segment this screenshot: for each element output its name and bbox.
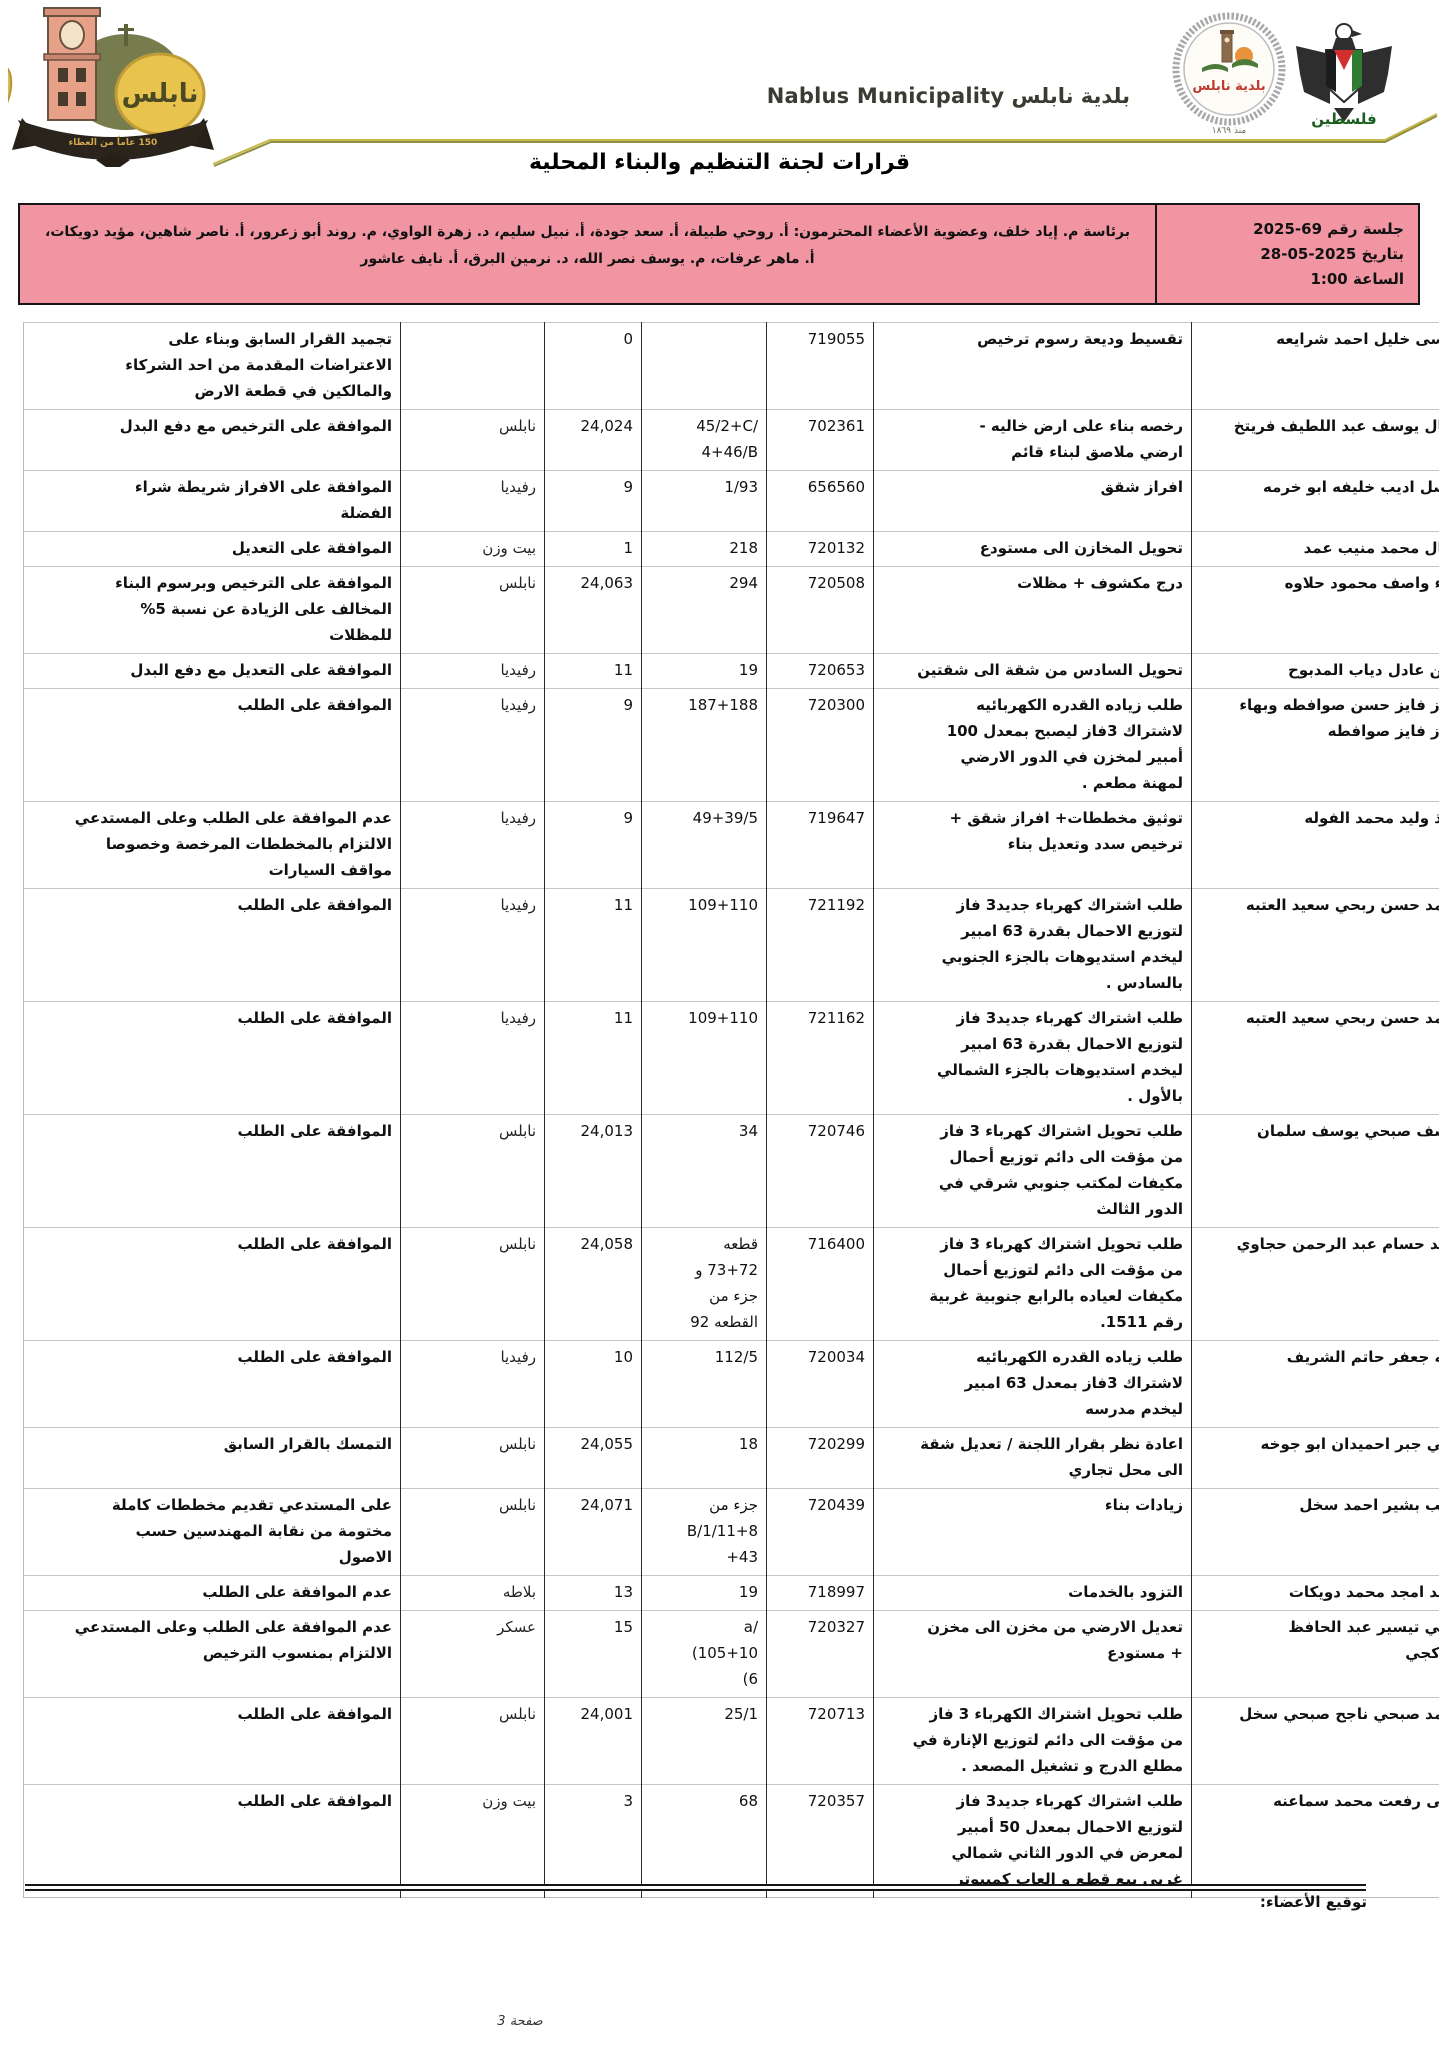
- decision-cell: الموافقة على الطلب: [24, 1341, 401, 1428]
- page-title: قرارات لجنة التنظيم والبناء المحلية: [0, 150, 1439, 175]
- session-number: جلسة رقم 69-2025: [1163, 217, 1404, 242]
- table-row: 43 فيصل اديب خليفه ابو خرمه افراز شقق 65…: [24, 471, 1439, 532]
- nablus-150-anniversary-logo: 150 نابلس 150 عاماً من العطاء: [8, 2, 218, 167]
- parcel-number-cell: 187+188: [642, 689, 767, 802]
- request-description-cell: تحويل المخازن الى مستودع: [874, 532, 1192, 567]
- file-number-cell: 720034: [767, 1341, 874, 1428]
- applicant-name-cell: جمال محمد منيب عمد: [1192, 532, 1439, 567]
- location-cell: رفيديا: [401, 654, 545, 689]
- seal-name-text: بلدية نابلس: [1192, 79, 1265, 94]
- table-row: 50 محمد حسن ربحي سعيد العتبه طلب اشتراك …: [24, 1002, 1439, 1115]
- municipality-brand-text: بلدية نابلس Nablus Municipality: [767, 84, 1130, 108]
- block-number-cell: 11: [545, 1002, 642, 1115]
- location-cell: نابلس: [401, 1228, 545, 1341]
- location-cell: رفيديا: [401, 471, 545, 532]
- location-cell: نابلس: [401, 410, 545, 471]
- file-number-cell: 719055: [767, 323, 874, 410]
- decision-cell: التمسك بالقرار السابق: [24, 1428, 401, 1489]
- applicant-name-cell: موسى خليل احمد شرايعه: [1192, 323, 1439, 410]
- parcel-number-cell: 294: [642, 567, 767, 654]
- location-cell: رفيديا: [401, 689, 545, 802]
- request-description-cell: طلب تحويل اشتراك كهرباء 3 فاز من مؤقت ال…: [874, 1228, 1192, 1341]
- session-info-cell: جلسة رقم 69-2025 بتاريخ 2025-05-28 الساع…: [1155, 205, 1418, 303]
- document-page: 150 نابلس 150 عاماً من العطاء بلدية نابل…: [0, 0, 1439, 2048]
- decision-cell: الموافقة على الترخيص مع دفع البدل: [24, 410, 401, 471]
- request-description-cell: درج مكشوف + مظلات: [874, 567, 1192, 654]
- file-number-cell: 716400: [767, 1228, 874, 1341]
- request-description-cell: طلب زياده القدره الكهربائيه لاشتراك 3فاز…: [874, 1341, 1192, 1428]
- file-number-cell: 720713: [767, 1698, 874, 1785]
- table-row: 42 جمال يوسف عبد اللطيف فريتخ رخصه بناء …: [24, 410, 1439, 471]
- block-number-cell: 9: [545, 802, 642, 889]
- block-number-cell: 24,013: [545, 1115, 642, 1228]
- block-number-cell: 24,001: [545, 1698, 642, 1785]
- decisions-table: 41 موسى خليل احمد شرايعه تقسيط وديعة رسو…: [23, 322, 1439, 1898]
- location-cell: [401, 323, 545, 410]
- request-description-cell: طلب تحويل اشتراك كهرباء 3 فاز من مؤقت ال…: [874, 1115, 1192, 1228]
- block-number-cell: 24,055: [545, 1428, 642, 1489]
- flag-shield-shape: [1326, 50, 1362, 102]
- file-number-cell: 721162: [767, 1002, 874, 1115]
- applicant-name-cell: فيصل اديب خليفه ابو خرمه: [1192, 471, 1439, 532]
- block-number-cell: 9: [545, 471, 642, 532]
- file-number-cell: 721192: [767, 889, 874, 1002]
- parcel-number-cell: 109+110: [642, 1002, 767, 1115]
- location-cell: بيت وزن: [401, 1785, 545, 1898]
- location-cell: رفيديا: [401, 889, 545, 1002]
- table-row: 54 جاني جبر احميدان ابو جوخه اعادة نظر ب…: [24, 1428, 1439, 1489]
- members-signature-label: توقيع الأعضاء:: [1260, 1893, 1367, 1911]
- block-number-cell: 11: [545, 889, 642, 1002]
- parcel-number-cell: 109+110: [642, 889, 767, 1002]
- file-number-cell: 720746: [767, 1115, 874, 1228]
- parcel-number-cell: a/ (105+10 (6: [642, 1611, 767, 1698]
- block-number-cell: 11: [545, 654, 642, 689]
- decision-cell: عدم الموافقة على الطلب وعلى المستدعي الا…: [24, 1611, 401, 1698]
- parcel-number-cell: 19: [642, 1576, 767, 1611]
- applicant-name-cell: حبيب بشير احمد سخل: [1192, 1489, 1439, 1576]
- parcel-number-cell: 18: [642, 1428, 767, 1489]
- applicant-name-cell: ايمن عادل دياب المدبوح: [1192, 654, 1439, 689]
- block-number-cell: 3: [545, 1785, 642, 1898]
- applicant-name-cell: محمد حسن ربحي سعيد العتبه: [1192, 889, 1439, 1002]
- block-number-cell: 24,071: [545, 1489, 642, 1576]
- parcel-number-cell: 218: [642, 532, 767, 567]
- file-number-cell: 720439: [767, 1489, 874, 1576]
- request-description-cell: طلب اشتراك كهرباء جديد3 فاز لتوزيع الاحم…: [874, 1002, 1192, 1115]
- block-number-cell: 0: [545, 323, 642, 410]
- applicant-name-cell: محمد حسن ربحي سعيد العتبه: [1192, 1002, 1439, 1115]
- attendees-cell: برئاسة م. إياد خلف، وعضوية الأعضاء المحت…: [20, 205, 1155, 303]
- location-cell: نابلس: [401, 1489, 545, 1576]
- decision-cell: الموافقة على الطلب: [24, 1785, 401, 1898]
- table-row: 51 يوسف صبحي يوسف سلمان طلب تحويل اشتراك…: [24, 1115, 1439, 1228]
- session-date: بتاريخ 2025-05-28: [1163, 242, 1404, 267]
- file-number-cell: 720508: [767, 567, 874, 654]
- nablus-municipality-seal-icon: بلدية نابلس منذ ١٨٦٩: [1172, 12, 1286, 136]
- decision-cell: تجميد القرار السابق وبناء على الاعتراضات…: [24, 323, 401, 410]
- decision-cell: الموافقة على التعديل: [24, 532, 401, 567]
- file-number-cell: 720299: [767, 1428, 874, 1489]
- request-description-cell: افراز شقق: [874, 471, 1192, 532]
- parcel-number-cell: قطعه 73+72 و جزء من القطعه 92: [642, 1228, 767, 1341]
- decision-cell: الموافقة على الطلب: [24, 689, 401, 802]
- block-number-cell: 15: [545, 1611, 642, 1698]
- table-row: 44 جمال محمد منيب عمد تحويل المخازن الى …: [24, 532, 1439, 567]
- applicant-name-cell: جمال يوسف عبد اللطيف فريتخ: [1192, 410, 1439, 471]
- table-row: 48 نافذ وليد محمد الفوله توثيق مخططات+ ا…: [24, 802, 1439, 889]
- applicant-name-cell: مهند حسام عبد الرحمن حجاوي: [1192, 1228, 1439, 1341]
- file-number-cell: 720132: [767, 532, 874, 567]
- file-number-cell: 720357: [767, 1785, 874, 1898]
- parcel-number-cell: [642, 323, 767, 410]
- request-description-cell: تعديل الارضي من مخزن الى مخزن + مستودع: [874, 1611, 1192, 1698]
- applicant-name-cell: علاء واصف محمود حلاوه: [1192, 567, 1439, 654]
- parcel-number-cell: 1/93: [642, 471, 767, 532]
- parcel-number-cell: 112/5: [642, 1341, 767, 1428]
- block-number-cell: 24,058: [545, 1228, 642, 1341]
- request-description-cell: طلب تحويل اشتراك الكهرباء 3 فاز من مؤقت …: [874, 1698, 1192, 1785]
- decision-cell: الموافقة على الطلب: [24, 1115, 401, 1228]
- decision-cell: الموافقة على الطلب: [24, 889, 401, 1002]
- table-row: 46 ايمن عادل دياب المدبوح تحويل السادس م…: [24, 654, 1439, 689]
- location-cell: رفيديا: [401, 1002, 545, 1115]
- block-number-cell: 13: [545, 1576, 642, 1611]
- request-description-cell: توثيق مخططات+ افراز شقق + ترخيص سدد وتعد…: [874, 802, 1192, 889]
- decision-cell: الموافقة على التعديل مع دفع البدل: [24, 654, 401, 689]
- table-row: 56 احمد امجد محمد دويكات التزود بالخدمات…: [24, 1576, 1439, 1611]
- request-description-cell: التزود بالخدمات: [874, 1576, 1192, 1611]
- parcel-number-cell: جزء من B/1/11+8 +43: [642, 1489, 767, 1576]
- applicant-name-cell: نافذ وليد محمد الفوله: [1192, 802, 1439, 889]
- table-row: 41 موسى خليل احمد شرايعه تقسيط وديعة رسو…: [24, 323, 1439, 410]
- palestine-eagle-emblem-icon: فلسطين: [1290, 18, 1398, 130]
- decision-cell: عدم الموافقة على الطلب: [24, 1576, 401, 1611]
- page-number: صفحة 3: [430, 2014, 610, 2029]
- session-time: الساعة 1:00: [1163, 267, 1404, 292]
- location-cell: نابلس: [401, 1698, 545, 1785]
- location-cell: بلاطه: [401, 1576, 545, 1611]
- logo-medallion-calligraphy: نابلس: [122, 79, 199, 109]
- location-cell: رفيديا: [401, 1341, 545, 1428]
- decision-cell: الموافقة على الطلب: [24, 1002, 401, 1115]
- location-cell: نابلس: [401, 1115, 545, 1228]
- request-description-cell: تحويل السادس من شقة الى شقتين: [874, 654, 1192, 689]
- request-description-cell: طلب اشتراك كهرباء جديد3 فاز لتوزيع الاحم…: [874, 1785, 1192, 1898]
- parcel-number-cell: 49+39/5: [642, 802, 767, 889]
- location-cell: بيت وزن: [401, 532, 545, 567]
- logo-150-number: 150: [8, 49, 14, 139]
- seal-since-text: منذ ١٨٦٩: [1212, 126, 1247, 136]
- parcel-number-cell: 68: [642, 1785, 767, 1898]
- request-description-cell: تقسيط وديعة رسوم ترخيص: [874, 323, 1192, 410]
- file-number-cell: 656560: [767, 471, 874, 532]
- request-description-cell: طلب اشتراك كهرباء جديد3 فاز لتوزيع الاحم…: [874, 889, 1192, 1002]
- table-row: 47 فواز فايز حسن صوافطه وبهاء فواز فايز …: [24, 689, 1439, 802]
- clock-tower-shape: [44, 8, 100, 120]
- block-number-cell: 24,063: [545, 567, 642, 654]
- location-cell: عسكر: [401, 1611, 545, 1698]
- decision-cell: الموافقة على الطلب: [24, 1698, 401, 1785]
- location-cell: نابلس: [401, 567, 545, 654]
- table-row: 59 يحيى رفعت محمد سماعنه طلب اشتراك كهرب…: [24, 1785, 1439, 1898]
- request-description-cell: اعادة نظر بقرار اللجنة / تعديل شقة الى م…: [874, 1428, 1192, 1489]
- applicant-name-cell: فواز فايز حسن صوافطه وبهاء فواز فايز صوا…: [1192, 689, 1439, 802]
- parcel-number-cell: 45/2+C/ 4+46/B: [642, 410, 767, 471]
- file-number-cell: 720653: [767, 654, 874, 689]
- parcel-number-cell: 19: [642, 654, 767, 689]
- table-row: 49 محمد حسن ربحي سعيد العتبه طلب اشتراك …: [24, 889, 1439, 1002]
- applicant-name-cell: زينه جعفر حاتم الشريف: [1192, 1341, 1439, 1428]
- signature-divider-rule: [25, 1884, 1366, 1891]
- decision-cell: الموافقة على الافراز شريطة شراء الفضلة: [24, 471, 401, 532]
- file-number-cell: 718997: [767, 1576, 874, 1611]
- block-number-cell: 10: [545, 1341, 642, 1428]
- applicant-name-cell: محمد صبحي ناجح صبحي سخل: [1192, 1698, 1439, 1785]
- parcel-number-cell: 25/1: [642, 1698, 767, 1785]
- location-cell: رفيديا: [401, 802, 545, 889]
- applicant-name-cell: يحيى رفعت محمد سماعنه: [1192, 1785, 1439, 1898]
- location-cell: نابلس: [401, 1428, 545, 1489]
- request-description-cell: طلب زياده القدره الكهربائيه لاشتراك 3فاز…: [874, 689, 1192, 802]
- decision-cell: الموافقة على الطلب: [24, 1228, 401, 1341]
- decision-cell: على المستدعي تقديم مخططات كاملة مختومة م…: [24, 1489, 401, 1576]
- applicant-name-cell: يوسف صبحي يوسف سلمان: [1192, 1115, 1439, 1228]
- file-number-cell: 720300: [767, 689, 874, 802]
- request-description-cell: رخصه بناء على ارض خاليه - ارضي ملاصق لبن…: [874, 410, 1192, 471]
- table-row: 52 مهند حسام عبد الرحمن حجاوي طلب تحويل …: [24, 1228, 1439, 1341]
- applicant-name-cell: زاهي تيسير عبد الحافظ سركجي: [1192, 1611, 1439, 1698]
- request-description-cell: زيادات بناء: [874, 1489, 1192, 1576]
- table-row: 53 زينه جعفر حاتم الشريف طلب زياده القدر…: [24, 1341, 1439, 1428]
- eagle-country-text: فلسطين: [1311, 110, 1376, 128]
- applicant-name-cell: جاني جبر احميدان ابو جوخه: [1192, 1428, 1439, 1489]
- file-number-cell: 702361: [767, 410, 874, 471]
- file-number-cell: 719647: [767, 802, 874, 889]
- table-row: 57 زاهي تيسير عبد الحافظ سركجي تعديل الا…: [24, 1611, 1439, 1698]
- block-number-cell: 24,024: [545, 410, 642, 471]
- applicant-name-cell: احمد امجد محمد دويكات: [1192, 1576, 1439, 1611]
- table-row: 45 علاء واصف محمود حلاوه درج مكشوف + مظل…: [24, 567, 1439, 654]
- decision-cell: عدم الموافقة على الطلب وعلى المستدعي الا…: [24, 802, 401, 889]
- parcel-number-cell: 34: [642, 1115, 767, 1228]
- block-number-cell: 9: [545, 689, 642, 802]
- table-row: 58 محمد صبحي ناجح صبحي سخل طلب تحويل اشت…: [24, 1698, 1439, 1785]
- session-band: جلسة رقم 69-2025 بتاريخ 2025-05-28 الساع…: [18, 203, 1420, 305]
- block-number-cell: 1: [545, 532, 642, 567]
- file-number-cell: 720327: [767, 1611, 874, 1698]
- decision-cell: الموافقة على الترخيص وبرسوم البناء المخا…: [24, 567, 401, 654]
- table-row: 55 حبيب بشير احمد سخل زيادات بناء 720439…: [24, 1489, 1439, 1576]
